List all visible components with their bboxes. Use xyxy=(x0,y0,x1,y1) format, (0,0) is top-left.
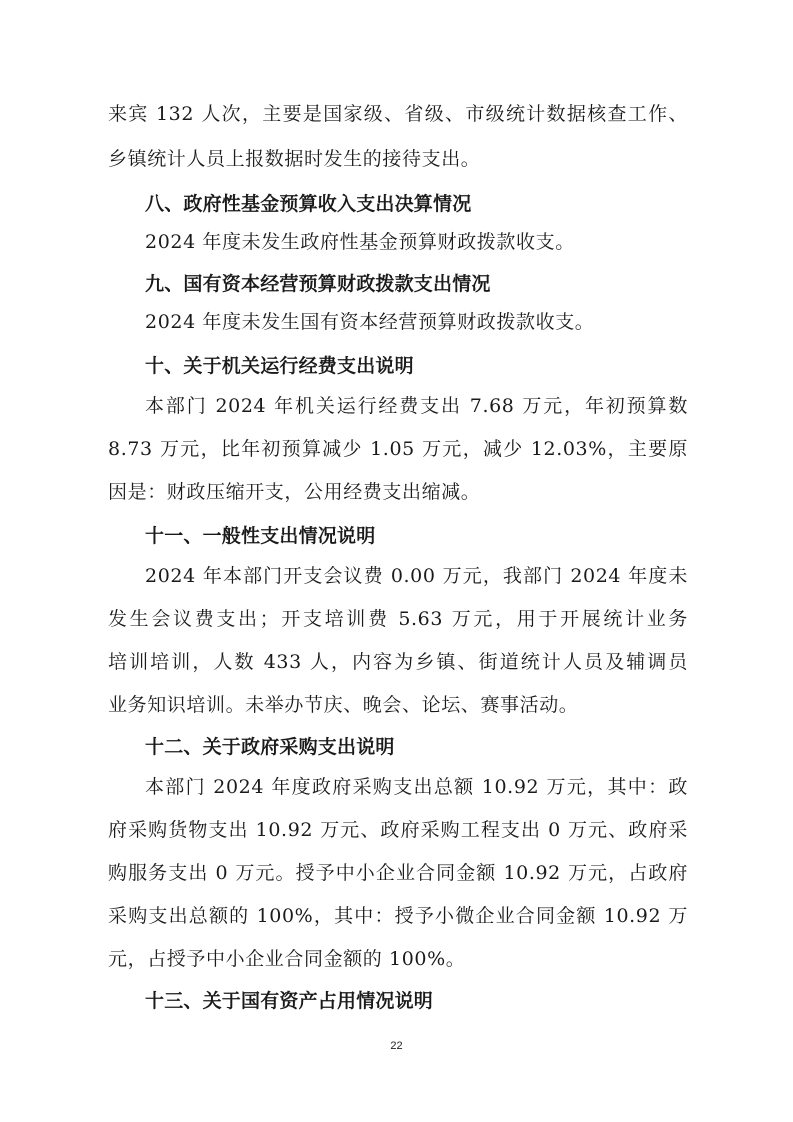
paragraph-line: 采购支出总额的 100%，其中：授予小微企业合同金额 10.92 万 xyxy=(108,902,688,930)
paragraph-line: 发生会议费支出；开支培训费 5.63 万元，用于开展统计业务 xyxy=(108,605,688,633)
section-heading-10: 十、关于机关运行经费支出说明 xyxy=(145,352,725,380)
paragraph-line: 8.73 万元，比年初预算减少 1.05 万元，减少 12.03%，主要原 xyxy=(108,435,688,463)
section-heading-9: 九、国有资本经营预算财政拨款支出情况 xyxy=(145,270,725,298)
paragraph-line: 2024 年本部门开支会议费 0.00 万元，我部门 2024 年度未 xyxy=(145,562,688,590)
document-page: 来宾 132 人次，主要是国家级、省级、市级统计数据核查工作、 乡镇统计人员上报… xyxy=(0,0,793,1122)
paragraph-line: 来宾 132 人次，主要是国家级、省级、市级统计数据核查工作、 xyxy=(108,100,688,128)
paragraph-line: 乡镇统计人员上报数据时发生的接待支出。 xyxy=(108,145,688,173)
paragraph-line: 培训培训，人数 433 人，内容为乡镇、街道统计人员及辅调员 xyxy=(108,648,688,676)
paragraph-line: 业务知识培训。未举办节庆、晚会、论坛、赛事活动。 xyxy=(108,691,688,719)
paragraph-line: 购服务支出 0 万元。授予中小企业合同金额 10.92 万元，占政府 xyxy=(108,859,688,887)
paragraph-line: 府采购货物支出 10.92 万元、政府采购工程支出 0 万元、政府采 xyxy=(108,816,688,844)
section-heading-13: 十三、关于国有资产占用情况说明 xyxy=(145,987,725,1015)
section-heading-12: 十二、关于政府采购支出说明 xyxy=(145,733,725,761)
section-heading-8: 八、政府性基金预算收入支出决算情况 xyxy=(145,190,725,218)
paragraph-line: 本部门 2024 年机关运行经费支出 7.68 万元，年初预算数 xyxy=(145,392,688,420)
paragraph-line: 元，占授予中小企业合同金额的 100%。 xyxy=(108,945,688,973)
paragraph-line: 因是：财政压缩开支，公用经费支出缩减。 xyxy=(108,478,688,506)
section-heading-11: 十一、一般性支出情况说明 xyxy=(145,522,725,550)
paragraph-line: 2024 年度未发生国有资本经营预算财政拨款收支。 xyxy=(145,308,725,336)
page-number: 22 xyxy=(0,1040,793,1052)
paragraph-line: 本部门 2024 年度政府采购支出总额 10.92 万元，其中：政 xyxy=(145,773,688,801)
paragraph-line: 2024 年度未发生政府性基金预算财政拨款收支。 xyxy=(145,228,725,256)
